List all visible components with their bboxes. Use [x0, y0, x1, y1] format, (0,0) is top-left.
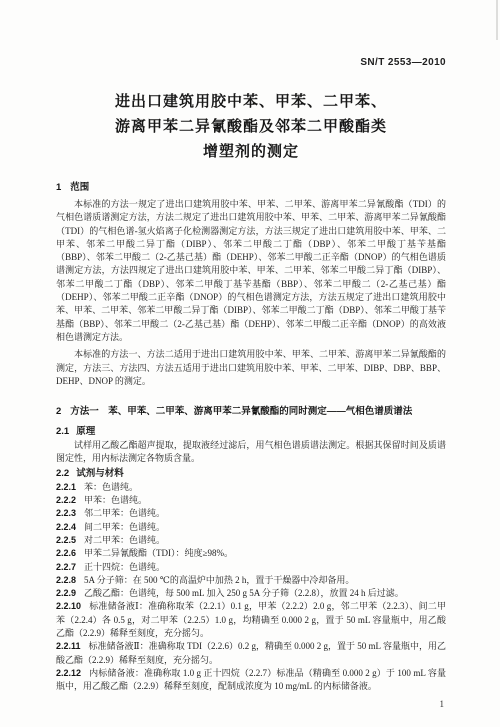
clause-number: 2.2.2: [56, 495, 76, 505]
section-2-1-number: 2.1: [56, 426, 69, 437]
section-2-2-title: 试剂与材料: [76, 468, 124, 479]
clause-text: 甲苯二异氰酸酯（TDI）：纯度≥98%。: [84, 548, 233, 558]
clause-item: 2.2.5对二甲苯：色谱纯。: [56, 534, 446, 547]
clause-number: 2.2.1: [56, 482, 76, 492]
clause-number: 2.2.3: [56, 508, 76, 518]
section-2-1-title: 原理: [76, 426, 95, 437]
clause-text: 5A 分子筛：在 500 ℃的高温炉中加热 2 h，置于干燥器中冷却备用。: [84, 575, 354, 585]
clause-item: 2.2.9乙酸乙酯：色谱纯，每 500 mL 加入 250 g 5A 分子筛（2…: [56, 587, 446, 600]
clause-item: 2.2.12内标储备液：准确称取 1.0 g 正十四烷（2.2.7）标准品（精确…: [56, 667, 446, 694]
clause-number: 2.2.10: [56, 601, 81, 611]
section-1-heading: 1范围: [56, 181, 446, 194]
clause-text: 乙酸乙酯：色谱纯，每 500 mL 加入 250 g 5A 分子筛（2.2.8）…: [84, 588, 404, 598]
clause-text: 对二甲苯：色谱纯。: [84, 535, 165, 545]
clause-text: 甲苯：色谱纯。: [84, 495, 147, 505]
clause-item: 2.2.7正十四烷：色谱纯。: [56, 561, 446, 574]
clause-number: 2.2.5: [56, 535, 76, 545]
clause-text: 标准储备液Ⅰ：准确称取苯（2.2.1）0.1 g，甲苯（2.2.2）2.0 g，…: [56, 601, 446, 638]
clause-number: 2.2.8: [56, 575, 76, 585]
section-2-1-heading: 2.1原理: [56, 425, 446, 438]
clause-text: 标准储备液Ⅱ：准确称取 TDI（2.2.6）0.2 g，精确至 0.000 2 …: [56, 641, 446, 664]
section-2-heading: 2方法一 苯、甲苯、二甲苯、游离甲苯二异氰酸酯的同时测定——气相色谱质谱法: [56, 405, 446, 418]
section-2-title: 方法一 苯、甲苯、二甲苯、游离甲苯二异氰酸酯的同时测定——气相色谱质谱法: [70, 406, 412, 417]
clause-item: 2.2.2甲苯：色谱纯。: [56, 494, 446, 507]
scan-artifact: [496, 0, 498, 40]
clause-item: 2.2.10标准储备液Ⅰ：准确称取苯（2.2.1）0.1 g，甲苯（2.2.2）…: [56, 600, 446, 640]
title-line-3: 增塑剂的测定: [56, 139, 446, 164]
clause-text: 间二甲苯：色谱纯。: [84, 522, 165, 532]
section-2-number: 2: [56, 406, 61, 417]
clause-number: 2.2.7: [56, 562, 76, 572]
clause-text: 正十四烷：色谱纯。: [84, 562, 165, 572]
page-number: 1: [56, 699, 446, 709]
clause-number: 2.2.12: [56, 668, 81, 678]
clause-item: 2.2.6甲苯二异氰酸酯（TDI）：纯度≥98%。: [56, 547, 446, 560]
clause-item: 2.2.4间二甲苯：色谱纯。: [56, 521, 446, 534]
clause-item: 2.2.1苯：色谱纯。: [56, 481, 446, 494]
clause-text: 内标储备液：准确称取 1.0 g 正十四烷（2.2.7）标准品（精确至 0.00…: [56, 668, 446, 691]
clause-number: 2.2.4: [56, 522, 76, 532]
clause-number: 2.2.9: [56, 588, 76, 598]
principle-text: 试样用乙酸乙酯超声提取，提取液经过滤后，用气相色谱质谱法测定。根据其保留时间及质…: [56, 439, 446, 466]
clause-item: 2.2.11标准储备液Ⅱ：准确称取 TDI（2.2.6）0.2 g，精确至 0.…: [56, 640, 446, 667]
document-page: SN/T 2553—2010 进出口建筑用胶中苯、甲苯、二甲苯、 游离甲苯二异氰…: [0, 0, 500, 727]
section-1-number: 1: [56, 182, 61, 193]
standard-number: SN/T 2553—2010: [56, 57, 446, 68]
clause-item: 2.2.85A 分子筛：在 500 ℃的高温炉中加热 2 h，置于干燥器中冷却备…: [56, 574, 446, 587]
section-1-title: 范围: [70, 182, 89, 193]
clause-item: 2.2.3邻二甲苯：色谱纯。: [56, 507, 446, 520]
document-title: 进出口建筑用胶中苯、甲苯、二甲苯、 游离甲苯二异氰酸酯及邻苯二甲酸酯类 增塑剂的…: [56, 89, 446, 164]
section-2-2-heading: 2.2试剂与材料: [56, 467, 446, 480]
scope-paragraph-1: 本标准的方法一规定了进出口建筑用胶中苯、甲苯、二甲苯、游离甲苯二异氰酸酯（TDI…: [56, 198, 446, 344]
title-line-2: 游离甲苯二异氰酸酯及邻苯二甲酸酯类: [56, 114, 446, 139]
reagent-list: 2.2.1苯：色谱纯。 2.2.2甲苯：色谱纯。 2.2.3邻二甲苯：色谱纯。 …: [56, 481, 446, 694]
clause-text: 邻二甲苯：色谱纯。: [84, 508, 165, 518]
clause-number: 2.2.6: [56, 548, 76, 558]
section-2-2-number: 2.2: [56, 468, 69, 479]
clause-number: 2.2.11: [56, 641, 81, 651]
scope-paragraph-2: 本标准的方法一、方法二适用于进出口建筑用胶中苯、甲苯、二甲苯、游离甲苯二异氰酸酯…: [56, 348, 446, 388]
title-line-1: 进出口建筑用胶中苯、甲苯、二甲苯、: [56, 89, 446, 114]
clause-text: 苯：色谱纯。: [84, 482, 138, 492]
